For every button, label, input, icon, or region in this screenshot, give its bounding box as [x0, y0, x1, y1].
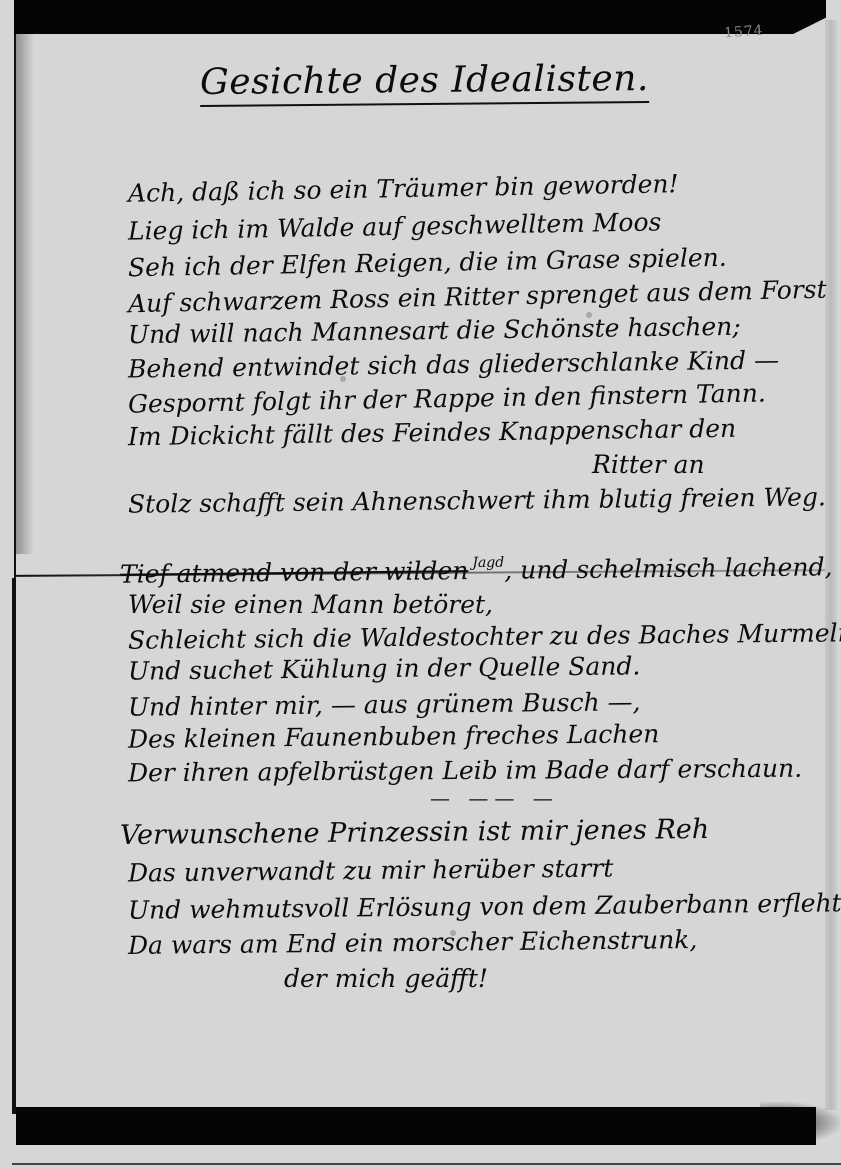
poem-line: Ach, daß ich so ein Träumer bin geworden…: [128, 169, 679, 209]
poem-line: Weil sie einen Mann betöret,: [128, 590, 493, 620]
poem-line: Im Dickicht fällt des Feindes Knappensch…: [128, 414, 737, 452]
poem-title: Gesichte des Idealisten.: [200, 58, 649, 107]
stanza-separator: — —— —: [430, 786, 559, 810]
line-remainder: , und schelmisch lachend,: [504, 552, 832, 584]
poem-line: Seh ich der Elfen Reigen, die im Grase s…: [128, 243, 727, 283]
poem-line: Und will nach Mannesart die Schönste has…: [128, 312, 741, 351]
struck-text: Tief atmend von der wilden: [120, 556, 469, 589]
paper-blemish: [340, 376, 346, 382]
poem-line: Behend entwindet sich das gliederschlank…: [128, 345, 779, 384]
poem-line: Der ihren apfelbrüstgen Leib im Bade dar…: [128, 754, 802, 789]
poem-line: Und hinter mir, — aus grünem Busch —,: [128, 687, 641, 722]
manuscript-page: Gesichte des Idealisten. Ach, daß ich so…: [0, 0, 841, 1169]
poem-line: Und suchet Kühlung in der Quelle Sand.: [128, 651, 641, 686]
poem-line: Lieg ich im Walde auf geschwelltem Moos: [128, 207, 662, 246]
poem-line: Da wars am End ein morscher Eichenstrunk…: [128, 925, 698, 961]
poem-line-continuation: Ritter an: [592, 450, 705, 480]
poem-line: Stolz schafft sein Ahnenschwert ihm blut…: [128, 482, 826, 519]
poem-line: Des kleinen Faunenbuben freches Lachen: [128, 719, 660, 755]
poem-line: Verwunschene Prinzessin ist mir jenes Re…: [120, 815, 710, 851]
paper-blemish: [586, 312, 592, 318]
poem-line: Tief atmend von der wildenJagd, und sche…: [120, 552, 833, 593]
poem-line-closing: der mich geäfft!: [284, 964, 488, 994]
poem-line: Schleicht sich die Waldestochter zu des …: [128, 618, 841, 656]
poem-line: Das unverwandt zu mir herüber starrt: [128, 853, 614, 888]
insertion-mark: Jagd: [472, 555, 504, 571]
poem-line: Gespornt folgt ihr der Rappe in den fins…: [128, 378, 766, 419]
poem-line: Und wehmutsvoll Erlösung von dem Zauberb…: [128, 888, 841, 926]
paper-blemish: [450, 930, 456, 936]
